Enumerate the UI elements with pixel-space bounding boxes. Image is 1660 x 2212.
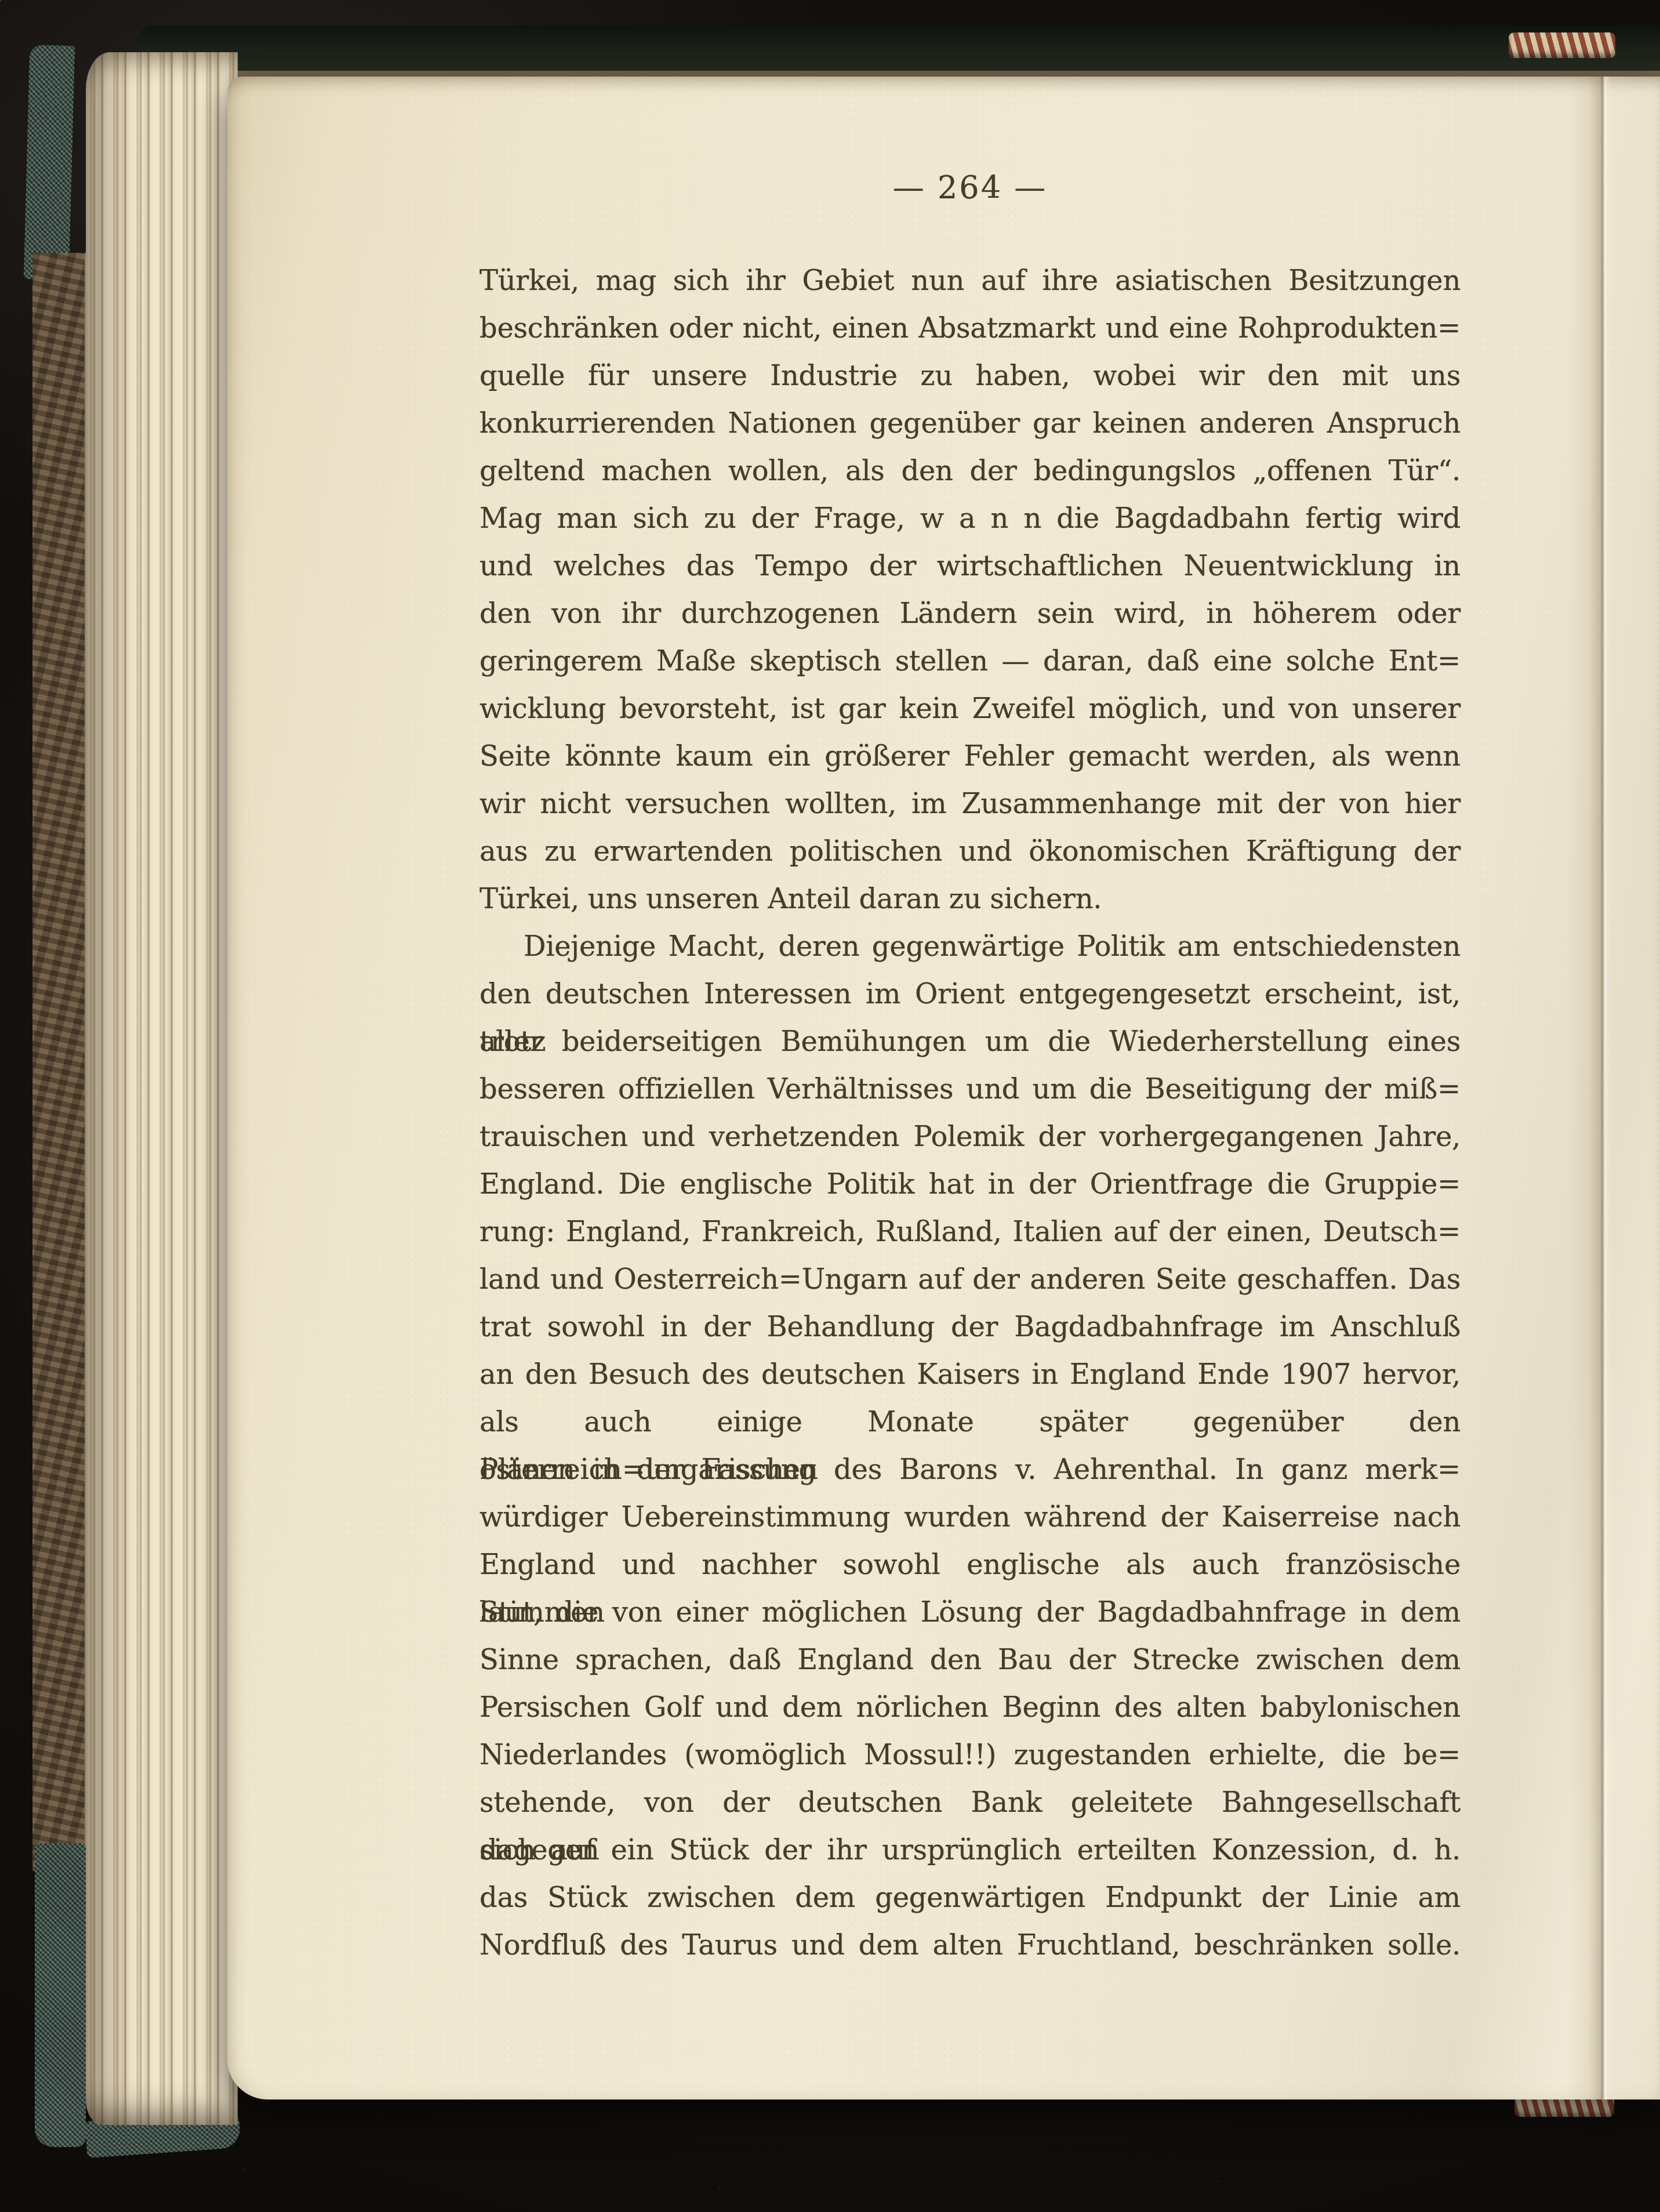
text-line: wicklung bevorsteht, ist gar kein Zweife… [480, 685, 1461, 733]
text-line: Türkei, uns unseren Anteil daran zu sich… [480, 875, 1461, 923]
text-line: Diejenige Macht, deren gegenwärtige Poli… [480, 923, 1461, 970]
text-line: England und nachher sowohl englische als… [480, 1541, 1461, 1589]
text-line: aller beiderseitigen Bemühungen um die W… [480, 1018, 1461, 1065]
text-line: Niederlandes (womöglich Mossul!!) zugest… [480, 1731, 1461, 1779]
text-line: den von ihr durchzogenen Ländern sein wi… [480, 590, 1461, 637]
book-page-photo: — 264 — Türkei, mag sich ihr Gebiet nun … [0, 0, 1660, 2212]
text-line: England. Die englische Politik hat in de… [480, 1161, 1461, 1208]
spine-cloth-corner-bottom [35, 1843, 86, 2147]
text-line: laut, die von einer möglichen Lösung der… [480, 1589, 1461, 1636]
text-line: besseren offiziellen Verhältnisses und u… [480, 1065, 1461, 1113]
text-line: den deutschen Interessen im Orient entge… [480, 970, 1461, 1018]
text-line: Seite könnte kaum ein größerer Fehler ge… [480, 733, 1461, 780]
text-line: land und Oesterreich=Ungarn auf der ande… [480, 1256, 1461, 1303]
text-line: als auch einige Monate später gegenüber … [480, 1398, 1461, 1446]
text-line: Mag man sich zu der Frage, w a n n die B… [480, 495, 1461, 542]
spine-leather-strip [32, 253, 89, 1871]
gutter-crease [1568, 77, 1637, 2099]
text-line: Sinne sprachen, daß England den Bau der … [480, 1636, 1461, 1684]
text-line: sich auf ein Stück der ihr ursprünglich … [480, 1826, 1461, 1874]
text-line: geltend machen wollen, als den der bedin… [480, 447, 1461, 495]
text-line: das Stück zwischen dem gegenwärtigen End… [480, 1874, 1461, 1921]
text-line: trat sowohl in der Behandlung der Bagdad… [480, 1303, 1461, 1351]
text-line: Plänen in der Fassung des Barons v. Aehr… [480, 1446, 1461, 1493]
text-line: wir nicht versuchen wollten, im Zusammen… [480, 780, 1461, 828]
page-number: — 264 — [480, 169, 1461, 206]
spine-cloth-corner-top [24, 45, 75, 280]
text-line: stehende, von der deutschen Bank geleite… [480, 1779, 1461, 1826]
book-cover-top-edge [138, 26, 1660, 78]
text-line: beschränken oder nicht, einen Absatzmark… [480, 304, 1461, 352]
text-line: an den Besuch des deutschen Kaisers in E… [480, 1351, 1461, 1398]
text-line: rung: England, Frankreich, Rußland, Ital… [480, 1208, 1461, 1256]
text-line: geringerem Maße skeptisch stellen — dara… [480, 637, 1461, 685]
text-line: quelle für unsere Industrie zu haben, wo… [480, 352, 1461, 400]
text-line: würdiger Uebereinstimmung wurden während… [480, 1493, 1461, 1541]
text-line: Türkei, mag sich ihr Gebiet nun auf ihre… [480, 257, 1461, 304]
page-text-column: Türkei, mag sich ihr Gebiet nun auf ihre… [480, 257, 1461, 1969]
text-line: aus zu erwartenden politischen und ökono… [480, 828, 1461, 875]
book-headband-top [1509, 32, 1615, 58]
text-line: und welches das Tempo der wirtschaftlich… [480, 542, 1461, 590]
text-line: trauischen und verhetzenden Polemik der … [480, 1113, 1461, 1161]
book-page: — 264 — Türkei, mag sich ihr Gebiet nun … [227, 77, 1660, 2099]
page-edge-stack [86, 52, 238, 2125]
dust-speckles [0, 0, 1, 1]
text-line: Nordfluß des Taurus und dem alten Frucht… [480, 1921, 1461, 1969]
text-line: Persischen Golf und dem nörlichen Beginn… [480, 1684, 1461, 1731]
text-line: konkurrierenden Nationen gegenüber gar k… [480, 400, 1461, 447]
